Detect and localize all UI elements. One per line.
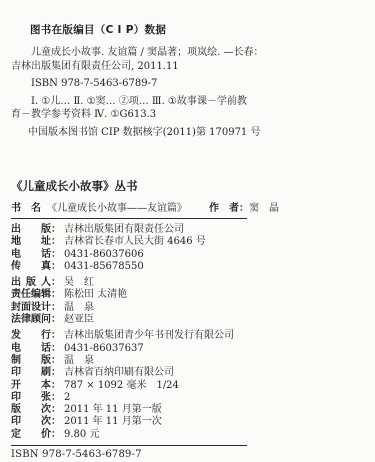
info-row-address: 地址：吉林省长春市人民大街 4646 号 xyxy=(11,236,375,248)
isbn-footer: ISBN 978-7-5463-6789-7 xyxy=(11,448,375,461)
info-row-plate-making: 制版：温 泉 xyxy=(11,355,375,367)
info-row-sheets: 印张：2 xyxy=(11,392,375,404)
info-row-editor: 责任编辑：陈松田 太清艳 xyxy=(11,289,375,301)
colophon-list: 出版：吉林出版集团有限责任公司 地址：吉林省长春市人民大街 4646 号 电话：… xyxy=(11,224,375,441)
info-row-printing: 印刷：吉林省百纳印刷有限公司 xyxy=(11,367,375,379)
info-row-impression: 印次：2011 年 11 月第一次 xyxy=(11,416,375,428)
cip-line-title: 儿童成长小故事. 友谊篇 / 窦晶著；项岚绘. —长春： xyxy=(11,46,375,60)
info-row-format: 开本：787 × 1092 毫米 1/24 xyxy=(11,380,375,392)
book-name-label: 书 名 xyxy=(11,203,41,214)
cip-line-publisher: 吉林出版集团有限责任公司, 2011.11 xyxy=(11,60,375,74)
info-row-publisher-person: 出版人：吴 红 xyxy=(11,277,375,289)
cip-line-isbn: ISBN 978-7-5463-6789-7 xyxy=(11,77,375,91)
info-row-phone-2: 电话：0431-86037637 xyxy=(11,343,375,355)
author-group: 作 者：窦 晶 xyxy=(209,203,279,214)
book-title: 《儿童成长小故事——友谊篇》 xyxy=(47,203,187,214)
cip-block: 图书在版编目（C I P）数据 儿童成长小故事. 友谊篇 / 窦晶著；项岚绘. … xyxy=(11,22,375,139)
divider-line-top xyxy=(11,218,247,219)
info-row-price: 定价：9.80 元 xyxy=(11,429,375,441)
cip-line-classification-1: Ⅰ. ①儿… Ⅱ. ①窦… ②项… Ⅲ. ①故事课－学前教 xyxy=(11,95,375,109)
cip-header: 图书在版编目（C I P）数据 xyxy=(30,22,375,37)
series-title: 《儿童成长小故事》丛书 xyxy=(11,178,375,194)
author-label: 作 者 xyxy=(209,203,239,214)
divider-line-bottom xyxy=(11,445,247,446)
cip-line-classification-2: 育－教学参考资料 Ⅳ. ①G613.3 xyxy=(11,108,375,122)
book-title-row: 书 名《儿童成长小故事——友谊篇》作 者：窦 晶 xyxy=(11,202,375,215)
cip-record-number: 中国版本图书馆 CIP 数据核字(2011)第 170971 号 xyxy=(11,126,375,140)
info-row-edition: 版次：2011 年 11 月第一版 xyxy=(11,404,375,416)
info-row-legal-counsel: 法律顾问：赵亚臣 xyxy=(11,314,375,326)
copyright-page: 图书在版编目（C I P）数据 儿童成长小故事. 友谊篇 / 窦晶著；项岚绘. … xyxy=(0,0,375,462)
info-row-publisher: 出版：吉林出版集团有限责任公司 xyxy=(11,224,375,236)
info-row-distribution: 发行：吉林出版集团青少年书刊发行有限公司 xyxy=(11,330,375,342)
info-row-cover-design: 封面设计：温 泉 xyxy=(11,302,375,314)
author-name: 窦 晶 xyxy=(249,203,279,214)
info-row-fax: 传真：0431-85678550 xyxy=(11,261,375,273)
info-row-phone: 电话：0431-86037606 xyxy=(11,249,375,261)
author-colon: ： xyxy=(239,203,249,214)
